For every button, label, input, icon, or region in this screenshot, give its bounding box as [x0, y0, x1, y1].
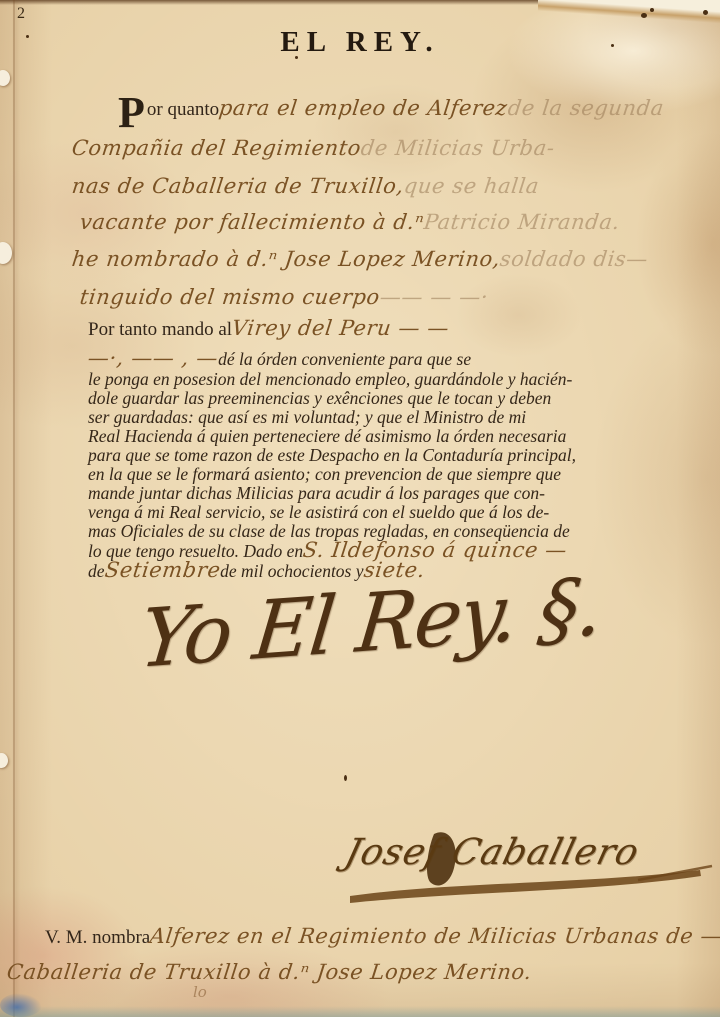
mandate-paragraph: Por tanto mando al Virey del Peru — — —·…: [88, 316, 650, 576]
endorsement: V. M. nombra Alferez en el Regimiento de…: [45, 924, 715, 1004]
mandate-line: dole guardar las preeminencias y exêncio…: [88, 388, 648, 409]
text-segment: Real Hacienda á quien perteneciere dé as…: [88, 426, 566, 447]
text-segment: V. M. nombra: [45, 927, 150, 949]
torn-corner-top-right: [538, 0, 720, 24]
mandate-line: —·, —— , — dé la órden conveniente para …: [88, 346, 471, 370]
ink-speck: [703, 10, 708, 15]
minister-signature: Josef Caballero: [338, 824, 718, 910]
text-segment: Caballeria de Truxillo à d.ⁿ Jose Lopez …: [6, 960, 534, 984]
opening-line: tinguido del mismo cuerpo —— — —·: [80, 285, 488, 309]
fold-crease-line: [13, 0, 15, 1017]
text-segment: Alferez en el Regimiento de Milicias Urb…: [149, 924, 720, 948]
text-segment: de Milicias Urba-: [360, 136, 557, 160]
text-segment: que se halla: [402, 174, 540, 198]
text-segment: Por tanto mando al: [88, 319, 232, 341]
minister-signature-name: Josef Caballero: [341, 832, 644, 873]
text-segment: Patricio Miranda.: [422, 210, 621, 234]
text-segment: le ponga en posesion del mencionado empl…: [88, 369, 572, 390]
text-segment: dole guardar las preeminencias y exêncio…: [88, 388, 551, 409]
endorsement-line: V. M. nombra Alferez en el Regimiento de…: [45, 924, 720, 949]
text-segment: venga á mi Real servicio, se le asistirá…: [88, 502, 549, 523]
text-segment: Virey del Peru — —: [231, 316, 451, 340]
opening-line: Compañia del Regimiento de Milicias Urba…: [72, 136, 555, 160]
opening-line: he nombrado à d.ⁿ Jose Lopez Merino, sol…: [72, 247, 648, 271]
text-segment: vacante por fallecimiento à d.ⁿ: [79, 210, 426, 234]
document-scan: 2 EL REY. Por quanto para el empleo de A…: [0, 0, 720, 1017]
text-segment: en la que se le formará asiento; con pre…: [88, 464, 561, 485]
opening-line: vacante por fallecimiento à d.ⁿ Patricio…: [80, 210, 620, 234]
text-segment: de la segunda: [506, 96, 665, 120]
text-segment: de: [88, 561, 105, 582]
page-number: 2: [17, 5, 25, 23]
paper-bottom-edge: [0, 1006, 720, 1017]
text-segment: para el empleo de Alferez: [218, 96, 509, 120]
mandate-line: venga á mi Real servicio, se le asistirá…: [88, 502, 648, 523]
text-segment: he nombrado à d.ⁿ Jose Lopez Merino,: [71, 247, 502, 271]
text-segment: mande juntar dichas Milicias para acudir…: [88, 483, 545, 504]
text-segment: soldado dis—: [499, 247, 650, 271]
mandate-line: en la que se le formará asiento; con pre…: [88, 464, 648, 485]
text-segment: tinguido del mismo cuerpo: [79, 285, 382, 309]
ink-speck: [641, 13, 647, 18]
text-segment: —— — —·: [378, 285, 489, 309]
mandate-line: le ponga en posesion del mencionado empl…: [88, 369, 648, 390]
text-segment: para que se tome razon de este Despacho …: [88, 445, 576, 466]
text-segment: nas de Caballeria de Truxillo,: [71, 174, 406, 198]
ink-speck: [344, 775, 347, 781]
mandate-line: Por tanto mando al Virey del Peru — —: [88, 316, 449, 341]
document-title: EL REY.: [0, 26, 720, 59]
text-segment: Compañia del Regimiento: [71, 136, 363, 160]
opening-line: nas de Caballeria de Truxillo, que se ha…: [72, 174, 539, 198]
mandate-line: para que se tome razon de este Despacho …: [88, 445, 648, 466]
ink-speck: [650, 8, 654, 12]
text-segment: —·, —— , —: [87, 346, 220, 370]
mandate-line: ser guardadas: que así es mi voluntad; y…: [88, 407, 648, 428]
text-segment: dé la órden conveniente para que se: [218, 349, 471, 370]
small-handwritten-mark: lo: [193, 983, 207, 1001]
opening-line: Por quanto para el empleo de Alferez de …: [118, 96, 664, 123]
mandate-line: Real Hacienda á quien perteneciere dé as…: [88, 426, 648, 447]
text-segment: P: [118, 103, 145, 123]
text-segment: or quanto: [147, 99, 219, 121]
opening-paragraph: Por quanto para el empleo de Alferez de …: [72, 96, 672, 326]
text-segment: ser guardadas: que así es mi voluntad; y…: [88, 407, 526, 428]
text-segment: Setiembre: [103, 558, 222, 582]
endorsement-line: Caballeria de Truxillo à d.ⁿ Jose Lopez …: [7, 960, 532, 984]
mandate-line: mande juntar dichas Milicias para acudir…: [88, 483, 648, 504]
